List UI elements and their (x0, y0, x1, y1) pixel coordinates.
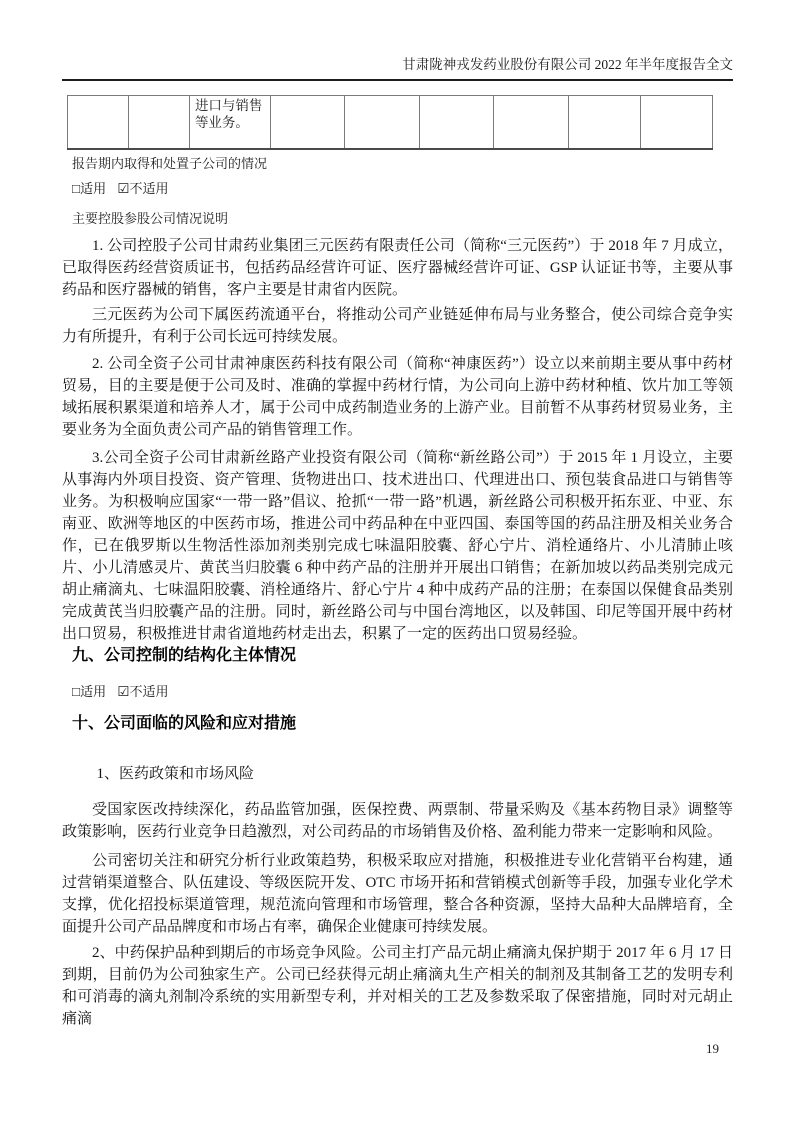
risk-paragraph-3: 2、中药保护品种到期后的市场竞争风险。公司主打产品元胡止痛滴丸保护期于 2017… (62, 942, 733, 1030)
subsidiary-paragraph-4: 3.公司全资子公司甘肃新丝路产业投资有限公司（简称“新丝路公司”）于 2015 … (62, 447, 733, 645)
risk-one-title: 1、医药政策和市场风险 (62, 764, 733, 784)
acquisition-disposal-label: 报告期内取得和处置子公司的情况 (72, 155, 733, 172)
table-cell-business-scope: 进口与销售等业务。 (189, 96, 270, 150)
report-page: 甘肃陇神戎发药业股份有限公司 2022 年半年度报告全文 进口与销售等业务。 报… (0, 0, 793, 1122)
subsidiary-paragraph-3: 2. 公司全资子公司甘肃神康医药科技有限公司（简称“神康医药”）设立以来前期主要… (62, 353, 733, 441)
table-cell-empty (494, 96, 569, 150)
main-holdings-note-label: 主要控股参股公司情况说明 (72, 210, 733, 227)
table-cell-empty (641, 96, 713, 150)
table-cell-empty (419, 96, 494, 150)
checkbox-unchecked-icon: □ (72, 684, 80, 699)
table-row: 进口与销售等业务。 (68, 96, 713, 150)
page-header: 甘肃陇神戎发药业股份有限公司 2022 年半年度报告全文 (62, 57, 733, 81)
not-applicable-label: 不适用 (130, 181, 169, 196)
risk-paragraph-1: 受国家医改持续深化，药品监管加强，医保控费、两票制、带量采购及《基本药物目录》调… (62, 799, 733, 843)
risk-paragraph-2: 公司密切关注和研究分析行业政策趋势，积极采取应对措施，积极推进专业化营销平台构建… (62, 850, 733, 938)
checkbox-unchecked-icon: □ (72, 181, 80, 196)
table-cell-empty (270, 96, 345, 150)
checkbox-checked-icon: ☑ (117, 684, 129, 699)
applicability-row: □适用 ☑不适用 (72, 683, 733, 700)
table-cell-empty (129, 96, 189, 150)
subsidiary-paragraph-1: 1. 公司控股子公司甘肃药业集团三元医药有限责任公司（简称“三元医药”）于 20… (62, 235, 733, 301)
section-ten-heading: 十、公司面临的风险和应对措施 (72, 713, 733, 735)
report-title: 甘肃陇神戎发药业股份有限公司 2022 年半年度报告全文 (402, 57, 733, 72)
table-cell-empty (568, 96, 641, 150)
not-applicable-label: 不适用 (130, 684, 169, 699)
checkbox-checked-icon: ☑ (117, 181, 129, 196)
applicability-row: □适用 ☑不适用 (72, 180, 733, 197)
applicable-label: 适用 (80, 684, 106, 699)
subsidiary-business-table: 进口与销售等业务。 (67, 95, 713, 150)
section-nine-heading: 九、公司控制的结构化主体情况 (72, 645, 733, 667)
page-number: 19 (706, 1041, 719, 1057)
applicable-label: 适用 (80, 181, 106, 196)
subsidiary-paragraph-2: 三元医药为公司下属医药流通平台，将推动公司产业链延伸布局与业务整合，使公司综合竞… (62, 304, 733, 348)
table-cell-empty (345, 96, 420, 150)
table-cell-empty (68, 96, 129, 150)
